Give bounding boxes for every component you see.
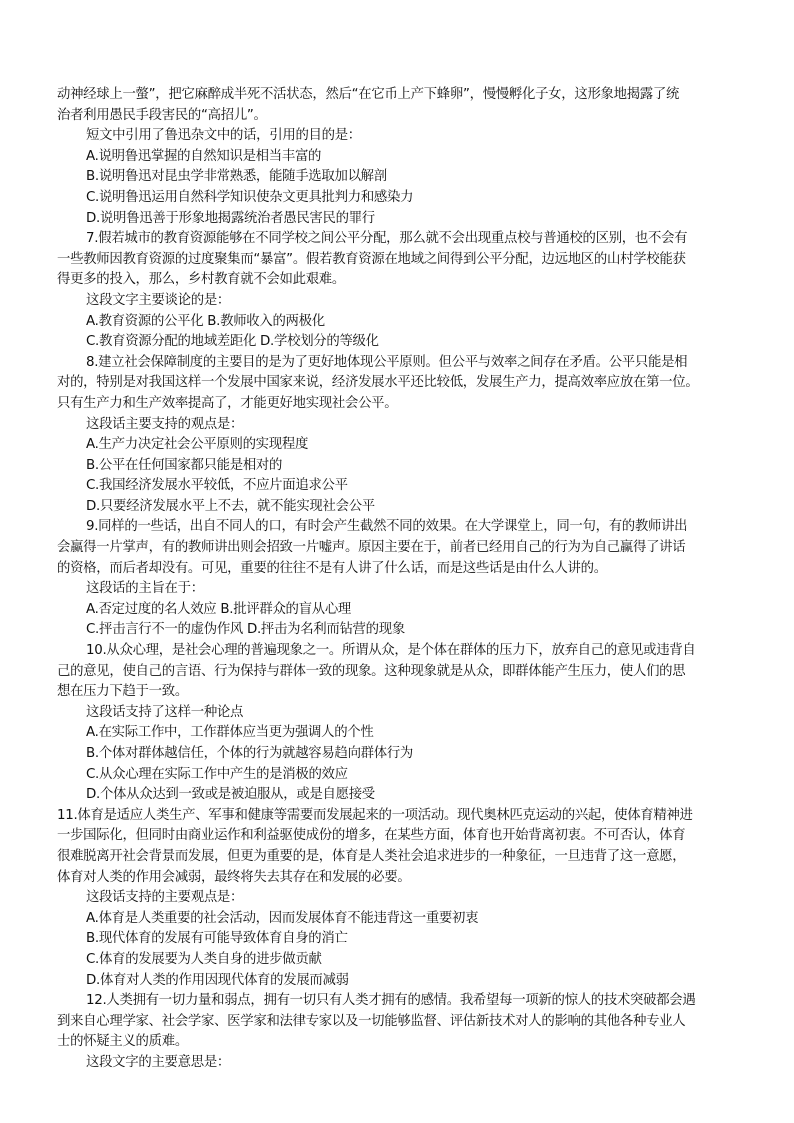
text-line: 11.体育是适应人类生产、军事和健康等需要而发展起来的一项活动。现代奥林匹克运动… — [57, 806, 733, 827]
answer-option: D.体育对人类的作用因现代体育的发展而减弱 — [57, 971, 733, 992]
answer-option: C.我国经济发展水平较低，不应片面追求公平 — [57, 476, 733, 497]
text-line: 到来自心理学家、社会学家、医学家和法律专家以及一切能够监督、评估新技术对人的影响… — [57, 1012, 733, 1033]
question-prompt: 这段话支持了这样一种论点 — [57, 703, 733, 724]
answer-option: B.说明鲁迅对昆虫学非常熟悉，能随手选取加以解剖 — [57, 167, 733, 188]
document-page: 动神经球上一螫”，把它麻醉成半死不活状态，然后“在它币上产下蜂卵”，慢慢孵化子女… — [57, 85, 733, 1074]
passage-paragraph: 12.人类拥有一切力量和弱点，拥有一切只有人类才拥有的感情。我希望每一项新的惊人… — [57, 991, 733, 1053]
question-prompt: 这段文字的主要意思是： — [57, 1053, 733, 1074]
text-line: A.体育是人类重要的社会活动，因而发展体育不能违背这一重要初衷 — [57, 909, 733, 930]
question-prompt: 短文中引用了鲁迅杂文中的话，引用的目的是： — [57, 126, 733, 147]
answer-option: A.在实际工作中，工作群体应当更为强调人的个性 — [57, 723, 733, 744]
text-line: 这段话支持了这样一种论点 — [57, 703, 733, 724]
text-line: 士的怀疑主义的质难。 — [57, 1032, 733, 1053]
answer-option: D.只要经济发展水平上不去，就不能实现社会公平 — [57, 497, 733, 518]
text-line: D.体育对人类的作用因现代体育的发展而减弱 — [57, 971, 733, 992]
text-line: 短文中引用了鲁迅杂文中的话，引用的目的是： — [57, 126, 733, 147]
passage-paragraph: 10.从众心理，是社会心理的普遍现象之一。所谓从众，是个体在群体的压力下，放弃自… — [57, 641, 733, 703]
text-line: C.说明鲁迅运用自然科学知识使杂文更具批判力和感染力 — [57, 188, 733, 209]
text-line: 这段话的主旨在于： — [57, 579, 733, 600]
text-line: 一步国际化，但同时由商业运作和利益驱使成份的增多，在某些方面，体育也开始背离初衷… — [57, 826, 733, 847]
answer-option: A.否定过度的名人效应 B.批评群众的盲从心理 — [57, 600, 733, 621]
text-line: 会赢得一片掌声，有的教师讲出则会招致一片嘘声。原因主要在于，前者已经用自己的行为… — [57, 538, 733, 559]
answer-option: C.体育的发展要为人类自身的进步做贡献 — [57, 950, 733, 971]
answer-option: C.抨击言行不一的虚伪作风 D.抨击为名利而钻营的现象 — [57, 620, 733, 641]
text-line: 一些教师因教育资源的过度聚集而“暴富”。假若教育资源在地域之间得到公平分配，边远… — [57, 250, 733, 271]
answer-option: A.说明鲁迅掌握的自然知识是相当丰富的 — [57, 147, 733, 168]
text-line: B.公平在任何国家都只能是相对的 — [57, 456, 733, 477]
answer-option: A.生产力决定社会公平原则的实现程度 — [57, 435, 733, 456]
text-line: 12.人类拥有一切力量和弱点，拥有一切只有人类才拥有的感情。我希望每一项新的惊人… — [57, 991, 733, 1012]
text-line: 想在压力下趋于一致。 — [57, 682, 733, 703]
answer-option: B.个体对群体越信任，个体的行为就越容易趋向群体行为 — [57, 744, 733, 765]
text-line: B.说明鲁迅对昆虫学非常熟悉，能随手选取加以解剖 — [57, 167, 733, 188]
answer-option: D.说明鲁迅善于形象地揭露统治者愚民害民的罪行 — [57, 209, 733, 230]
passage-paragraph: 9.同样的一些话，出自不同人的口，有时会产生截然不同的效果。在大学课堂上，同一句… — [57, 517, 733, 579]
text-line: 的资格，而后者却没有。可见，重要的往往不是有人讲了什么话，而是这些话是由什么人讲… — [57, 559, 733, 580]
text-line: A.生产力决定社会公平原则的实现程度 — [57, 435, 733, 456]
text-line: A.教育资源的公平化 B.教师收入的两极化 — [57, 312, 733, 333]
text-line: 得更多的投入，那么，乡村教育就不会如此艰难。 — [57, 270, 733, 291]
text-line: A.在实际工作中，工作群体应当更为强调人的个性 — [57, 723, 733, 744]
answer-option: C.从众心理在实际工作中产生的是消极的效应 — [57, 765, 733, 786]
text-line: A.否定过度的名人效应 B.批评群众的盲从心理 — [57, 600, 733, 621]
text-line: 8.建立社会保障制度的主要目的是为了更好地体现公平原则。但公平与效率之间存在矛盾… — [57, 353, 733, 374]
text-line: 这段话支持的主要观点是： — [57, 888, 733, 909]
text-line: D.说明鲁迅善于形象地揭露统治者愚民害民的罪行 — [57, 209, 733, 230]
text-line: C.教育资源分配的地域差距化 D.学校划分的等级化 — [57, 332, 733, 353]
answer-option: B.现代体育的发展有可能导致体育自身的消亡 — [57, 929, 733, 950]
text-line: C.抨击言行不一的虚伪作风 D.抨击为名利而钻营的现象 — [57, 620, 733, 641]
text-line: C.从众心理在实际工作中产生的是消极的效应 — [57, 765, 733, 786]
text-line: D.个体从众达到一致或是被迫服从，或是自愿接受 — [57, 785, 733, 806]
text-line: 这段话主要支持的观点是： — [57, 415, 733, 436]
text-line: D.只要经济发展水平上不去，就不能实现社会公平 — [57, 497, 733, 518]
text-line: 这段文字主要谈论的是： — [57, 291, 733, 312]
question-prompt: 这段话支持的主要观点是： — [57, 888, 733, 909]
passage-paragraph: 动神经球上一螫”，把它麻醉成半死不活状态，然后“在它币上产下蜂卵”，慢慢孵化子女… — [57, 85, 733, 126]
passage-paragraph: 7.假若城市的教育资源能够在不同学校之间公平分配，那么就不会出现重点校与普通校的… — [57, 229, 733, 291]
text-line: 只有生产力和生产效率提高了，才能更好地实现社会公平。 — [57, 394, 733, 415]
text-line: B.个体对群体越信任，个体的行为就越容易趋向群体行为 — [57, 744, 733, 765]
text-line: 治者利用愚民手段害民的“高招儿”。 — [57, 106, 733, 127]
text-line: 9.同样的一些话，出自不同人的口，有时会产生截然不同的效果。在大学课堂上，同一句… — [57, 517, 733, 538]
question-prompt: 这段话主要支持的观点是： — [57, 415, 733, 436]
answer-option: A.教育资源的公平化 B.教师收入的两极化 — [57, 312, 733, 333]
text-line: C.体育的发展要为人类自身的进步做贡献 — [57, 950, 733, 971]
text-line: 这段文字的主要意思是： — [57, 1053, 733, 1074]
answer-option: C.说明鲁迅运用自然科学知识使杂文更具批判力和感染力 — [57, 188, 733, 209]
text-line: A.说明鲁迅掌握的自然知识是相当丰富的 — [57, 147, 733, 168]
text-line: 己的意见，使自己的言语、行为保持与群体一致的现象。这种现象就是从众，即群体能产生… — [57, 662, 733, 683]
answer-option: D.个体从众达到一致或是被迫服从，或是自愿接受 — [57, 785, 733, 806]
text-line: B.现代体育的发展有可能导致体育自身的消亡 — [57, 929, 733, 950]
answer-option: A.体育是人类重要的社会活动，因而发展体育不能违背这一重要初衷 — [57, 909, 733, 930]
answer-option: B.公平在任何国家都只能是相对的 — [57, 456, 733, 477]
text-line: 7.假若城市的教育资源能够在不同学校之间公平分配，那么就不会出现重点校与普通校的… — [57, 229, 733, 250]
question-prompt: 这段文字主要谈论的是： — [57, 291, 733, 312]
passage-paragraph: 11.体育是适应人类生产、军事和健康等需要而发展起来的一项活动。现代奥林匹克运动… — [57, 806, 733, 888]
text-line: C.我国经济发展水平较低，不应片面追求公平 — [57, 476, 733, 497]
text-line: 体育对人类的作用会减弱，最终将失去其存在和发展的必要。 — [57, 868, 733, 889]
text-line: 动神经球上一螫”，把它麻醉成半死不活状态，然后“在它币上产下蜂卵”，慢慢孵化子女… — [57, 85, 733, 106]
passage-paragraph: 8.建立社会保障制度的主要目的是为了更好地体现公平原则。但公平与效率之间存在矛盾… — [57, 353, 733, 415]
answer-option: C.教育资源分配的地域差距化 D.学校划分的等级化 — [57, 332, 733, 353]
question-prompt: 这段话的主旨在于： — [57, 579, 733, 600]
text-line: 对的，特别是对我国这样一个发展中国家来说，经济发展水平还比较低，发展生产力，提高… — [57, 373, 733, 394]
text-line: 很难脱离开社会背景而发展，但更为重要的是，体育是人类社会追求进步的一种象征，一旦… — [57, 847, 733, 868]
text-line: 10.从众心理，是社会心理的普遍现象之一。所谓从众，是个体在群体的压力下，放弃自… — [57, 641, 733, 662]
